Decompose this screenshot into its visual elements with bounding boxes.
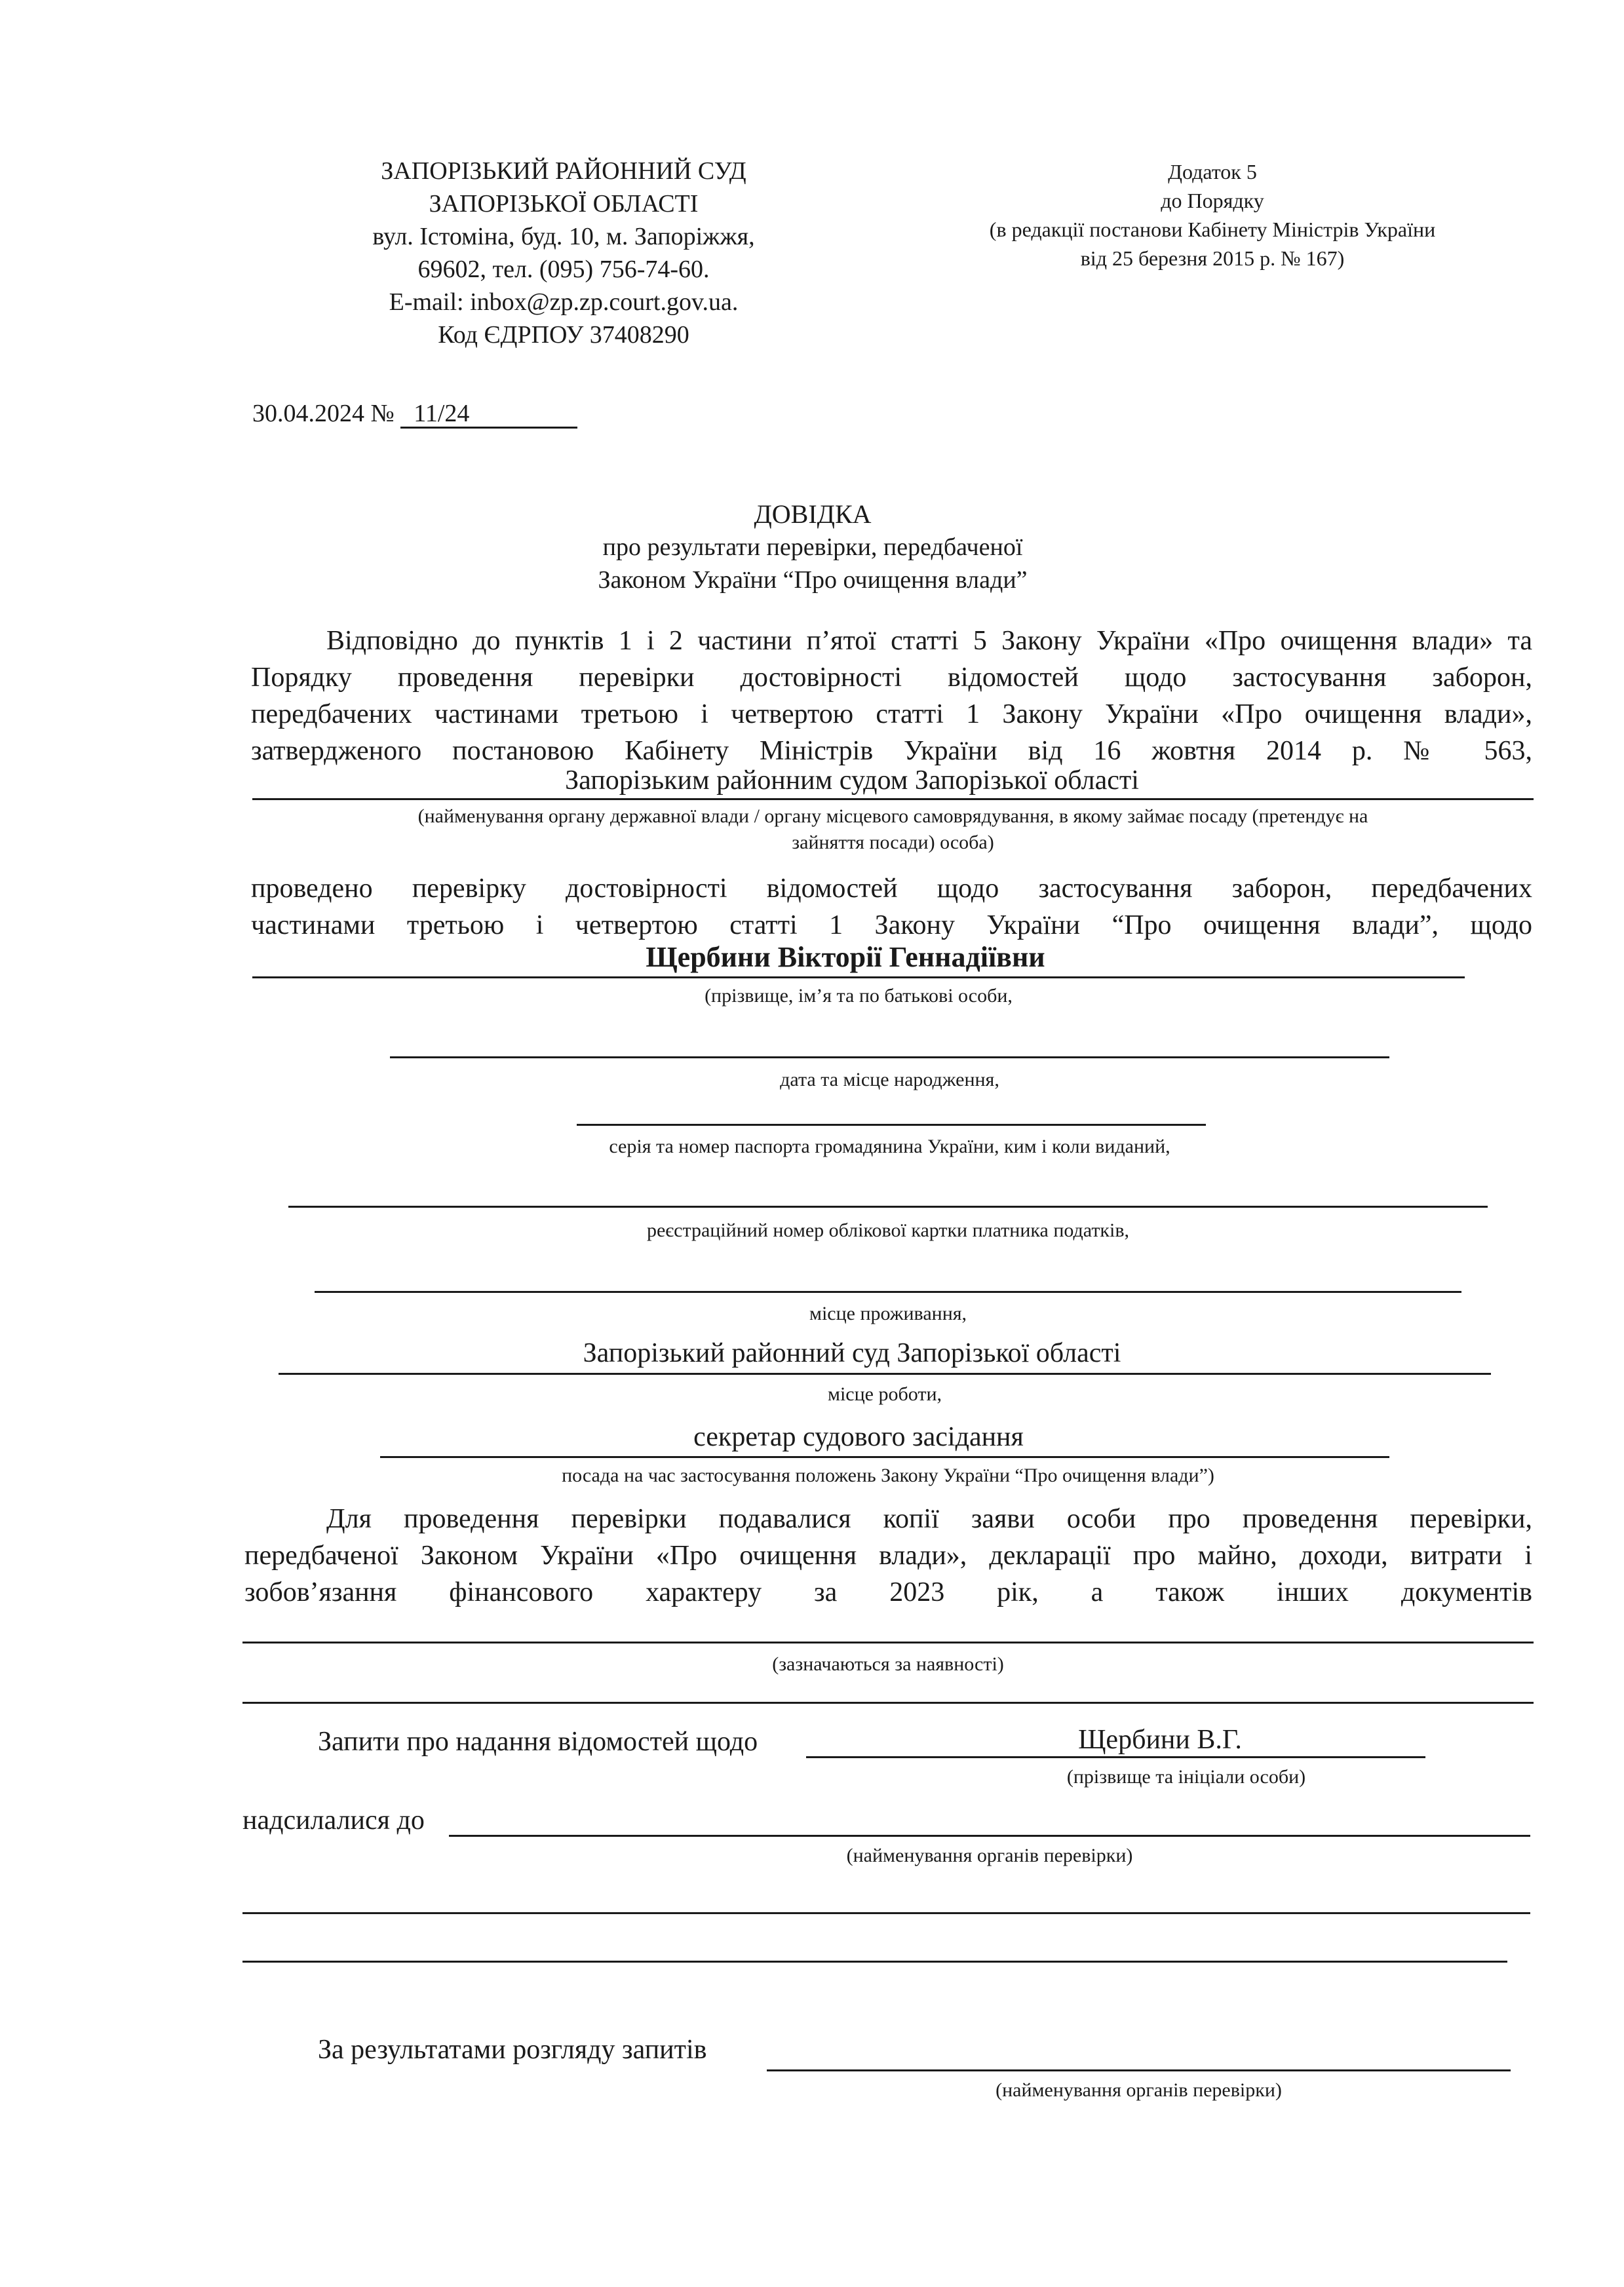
passport-caption: серія та номер паспорта громадянина Укра…	[390, 1134, 1389, 1160]
court-header: ЗАПОРІЗЬКИЙ РАЙОННИЙ СУД ЗАПОРІЗЬКОЇ ОБЛ…	[288, 155, 839, 351]
title-subtitle2: Законом України “Про очищення влади”	[288, 564, 1337, 596]
sent-to-caption: (найменування органів перевірки)	[449, 1843, 1530, 1869]
requests-label: Запити про надання відомостей щодо	[318, 1723, 758, 1760]
para2-line2: частинами третьою і четвертою статті 1 З…	[251, 907, 1532, 944]
person-name-value: Щербини Вікторії Геннадіївни	[577, 941, 1114, 974]
documents-caption: (зазначаються за наявності)	[242, 1651, 1534, 1678]
para2-line1: проведено перевірку достовірності відомо…	[251, 870, 1532, 907]
residence-field-line	[315, 1291, 1461, 1293]
workplace-field-line	[279, 1373, 1491, 1375]
birth-field-line	[390, 1056, 1389, 1058]
sent-to-label: надсилалися до	[242, 1802, 425, 1839]
number-label: №	[371, 400, 395, 427]
appendix-line2: до Порядку	[937, 186, 1488, 215]
documents-field-line-2	[242, 1702, 1534, 1704]
tax-number-caption: реєстраційний номер облікової картки пла…	[288, 1218, 1488, 1244]
workplace-caption: місце роботи,	[279, 1381, 1491, 1408]
position-caption: посада на час застосування положень Зако…	[315, 1463, 1461, 1489]
person-name-caption: (прізвище, ім’я та по батькові особи,	[252, 983, 1465, 1009]
sent-to-field-line-2	[242, 1912, 1530, 1914]
requests-person-caption: (прізвище та ініціали особи)	[1016, 1764, 1357, 1790]
para1-line2: Порядку проведення перевірки достовірнос…	[251, 659, 1532, 696]
paragraph-legal-basis: Відповідно до пунктів 1 і 2 частини п’ят…	[251, 623, 1532, 769]
passport-field-line	[577, 1124, 1206, 1126]
document-date: 30.04.2024	[252, 400, 364, 427]
birth-caption: дата та місце народження,	[390, 1067, 1389, 1093]
position-field-line	[380, 1456, 1389, 1458]
court-address-line2: 69602, тел. (095) 756-74-60.	[288, 253, 839, 286]
document-date-number: 30.04.2024 № 11/24	[252, 397, 577, 430]
para3-line2: передбаченої Законом України «Про очищен…	[244, 1537, 1532, 1574]
authority-field-value: Запорізьким районним судом Запорізької о…	[459, 764, 1245, 797]
para1-line3: передбачених частинами третьою і четверт…	[251, 696, 1532, 733]
residence-caption: місце проживання,	[315, 1301, 1461, 1327]
appendix-line1: Додаток 5	[937, 157, 1488, 186]
appendix-line3: (в редакції постанови Кабінету Міністрів…	[937, 215, 1488, 244]
court-name-line1: ЗАПОРІЗЬКИЙ РАЙОННИЙ СУД	[288, 155, 839, 187]
results-caption: (найменування органів перевірки)	[767, 2077, 1511, 2104]
authority-field-line	[252, 798, 1534, 800]
court-address-line1: вул. Істоміна, буд. 10, м. Запоріжжя,	[288, 220, 839, 253]
results-field-line	[767, 2069, 1511, 2071]
sent-to-field-line-3	[242, 1961, 1507, 1963]
documents-field-line-1	[242, 1642, 1534, 1643]
authority-caption: (найменування органу державної влади / о…	[252, 803, 1534, 856]
tax-number-field-line	[288, 1206, 1488, 1208]
requests-person-value: Щербини В.Г.	[1062, 1723, 1258, 1756]
title-heading: ДОВІДКА	[288, 498, 1337, 531]
court-name-line2: ЗАПОРІЗЬКОЇ ОБЛАСТІ	[288, 187, 839, 220]
para3-line3: зобов’язання фінансового характеру за 20…	[244, 1574, 1532, 1611]
position-value: секретар судового засідання	[655, 1421, 1062, 1453]
appendix-block: Додаток 5 до Порядку (в редакції постано…	[937, 157, 1488, 273]
person-name-field-line	[252, 976, 1465, 978]
court-edrpou: Код ЄДРПОУ 37408290	[288, 318, 839, 351]
sent-to-field-line	[449, 1835, 1530, 1837]
paragraph-verification: проведено перевірку достовірності відомо…	[251, 870, 1532, 944]
court-email: E-mail: inbox@zp.zp.court.gov.ua.	[288, 286, 839, 318]
title-subtitle1: про результати перевірки, передбаченої	[288, 531, 1337, 564]
requests-person-field-line	[806, 1756, 1425, 1758]
appendix-line4: від 25 березня 2015 р. № 167)	[937, 244, 1488, 273]
para1-line1: Відповідно до пунктів 1 і 2 частини п’ят…	[251, 623, 1532, 659]
results-label: За результатами розгляду запитів	[318, 2031, 707, 2068]
document-title: ДОВІДКА про результати перевірки, передб…	[288, 498, 1337, 596]
number-value: 11/24	[400, 400, 577, 429]
workplace-value: Запорізький районний суд Запорізької обл…	[498, 1337, 1206, 1370]
para3-line1: Для проведення перевірки подавалися копі…	[244, 1501, 1532, 1537]
paragraph-documents: Для проведення перевірки подавалися копі…	[244, 1501, 1532, 1611]
